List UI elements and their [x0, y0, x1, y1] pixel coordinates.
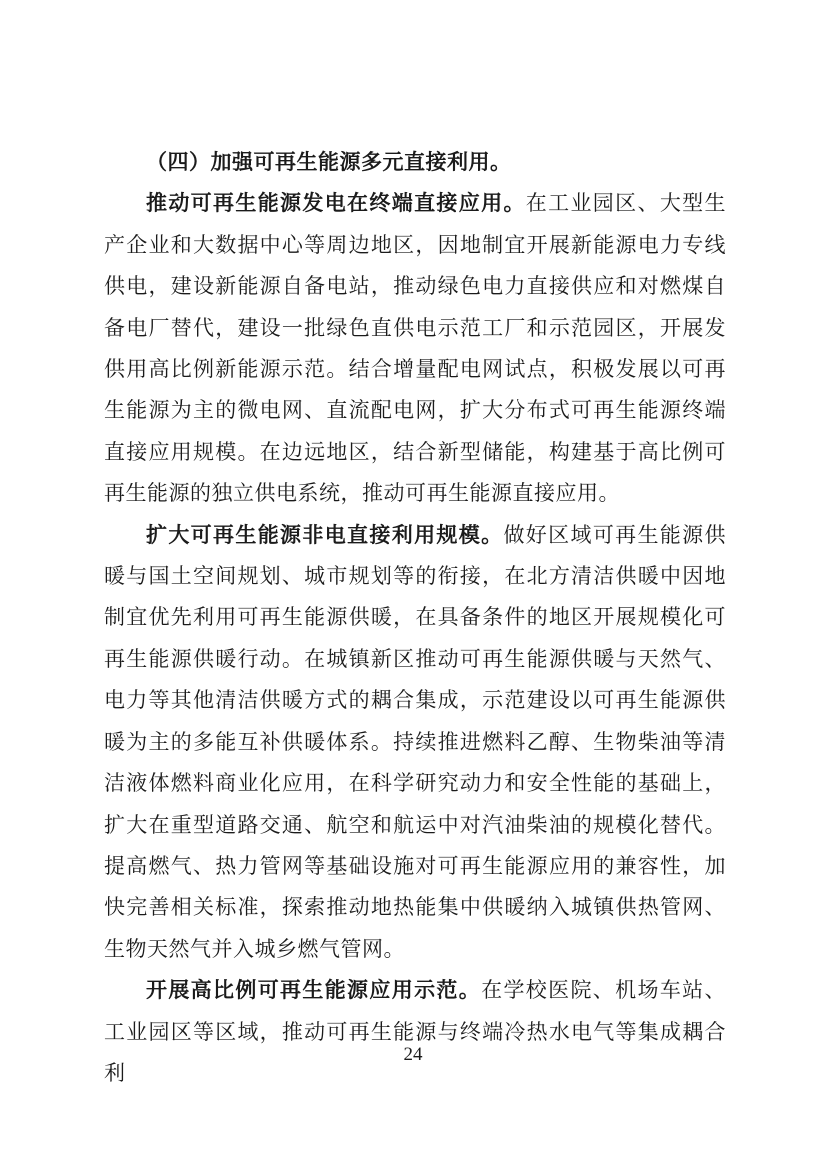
- paragraph-lead: 推动可再生能源发电在终端直接应用。: [146, 191, 526, 215]
- paragraph-lead: 扩大可再生能源非电直接利用规模。: [146, 523, 503, 547]
- section-heading: （四）加强可再生能源多元直接利用。: [104, 142, 726, 183]
- paragraph: 扩大可再生能源非电直接利用规模。做好区域可再生能源供暖与国土空间规划、城市规划等…: [104, 515, 726, 970]
- paragraph: 开展高比例可再生能源应用示范。在学校医院、机场车站、工业园区等区域，推动可再生能…: [104, 970, 726, 1094]
- paragraph-body: 做好区域可再生能源供暖与国土空间规划、城市规划等的衔接，在北方清洁供暖中因地制宜…: [104, 523, 726, 961]
- paragraph-body: 在工业园区、大型生产企业和大数据中心等周边地区，因地制宜开展新能源电力专线供电，…: [104, 191, 726, 505]
- document-page: （四）加强可再生能源多元直接利用。 推动可再生能源发电在终端直接应用。在工业园区…: [0, 0, 826, 1169]
- page-number: 24: [0, 1040, 826, 1070]
- paragraph: 推动可再生能源发电在终端直接应用。在工业园区、大型生产企业和大数据中心等周边地区…: [104, 183, 726, 514]
- document-body: （四）加强可再生能源多元直接利用。 推动可再生能源发电在终端直接应用。在工业园区…: [104, 142, 726, 1094]
- paragraph-lead: 开展高比例可再生能源应用示范。: [146, 978, 481, 1002]
